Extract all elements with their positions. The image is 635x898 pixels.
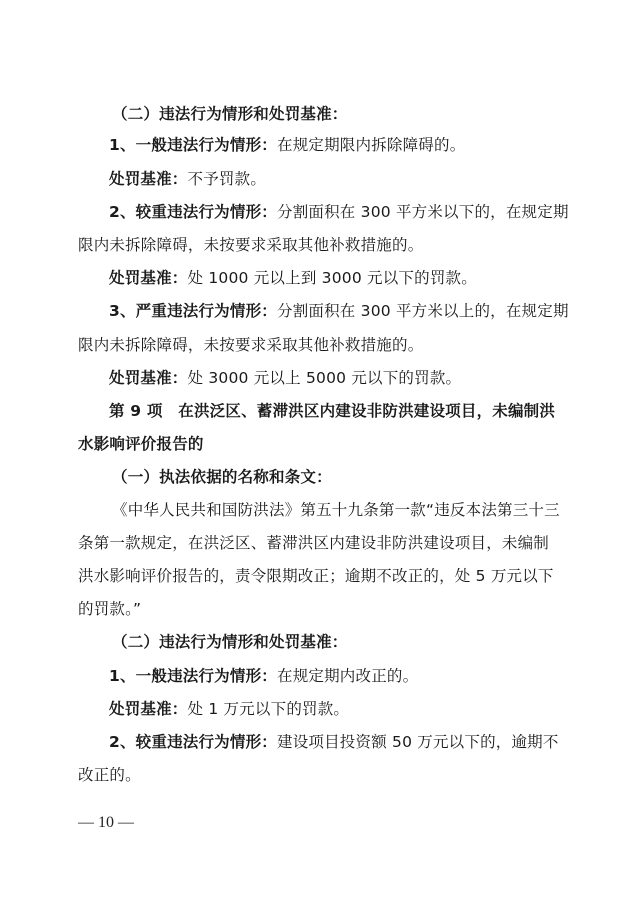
body-text: 不予罚款。 — [188, 170, 267, 188]
text-line: （一）执法依据的名称和条文： — [112, 467, 635, 487]
bold-label: 处罚基准： — [109, 369, 188, 387]
text-line: 改正的。 — [78, 765, 635, 785]
body-text: 限内未拆除障碍，未按要求采取其他补救措施的。 — [78, 236, 423, 254]
bold-label: 水影响评价报告的 — [78, 435, 204, 453]
bold-label: 处罚基准： — [109, 700, 188, 718]
bold-label: 1、一般违法行为情形： — [109, 667, 277, 685]
text-line: 1、一般违法行为情形：在规定期内改正的。 — [109, 666, 635, 686]
bold-label: 第 9 项 在洪泛区、蓄滞洪区内建设非防洪建设项目，未编制洪 — [109, 402, 555, 420]
text-line: 处罚基准：不予罚款。 — [109, 169, 635, 189]
body-text: 建设项目投资额 50 万元以下的，逾期不 — [277, 733, 559, 751]
text-line: 2、较重违法行为情形：分割面积在 300 平方米以下的，在规定期 — [109, 202, 635, 222]
bold-label: （二）违法行为情形和处罚基准： — [112, 633, 348, 651]
body-text: 处 1 万元以下的罚款。 — [188, 700, 350, 718]
bold-label: 3、严重违法行为情形： — [109, 302, 277, 320]
bold-label: 处罚基准： — [109, 269, 188, 287]
bold-label: 1、一般违法行为情形： — [109, 136, 277, 154]
text-line: 条第一款规定，在洪泛区、蓄滞洪区内建设非防洪建设项目，未编制 — [78, 533, 635, 553]
text-line: 处罚基准：处 3000 元以上 5000 元以下的罚款。 — [109, 368, 635, 388]
text-line: 2、较重违法行为情形：建设项目投资额 50 万元以下的，逾期不 — [109, 732, 635, 752]
bold-label: （二）违法行为情形和处罚基准： — [112, 105, 348, 123]
body-text: 分割面积在 300 平方米以上的，在规定期 — [277, 302, 569, 320]
body-text: 改正的。 — [78, 766, 141, 784]
text-line: 的罚款。” — [78, 599, 635, 619]
body-text: 限内未拆除障碍，未按要求采取其他补救措施的。 — [78, 336, 423, 354]
body-text: 处 3000 元以上 5000 元以下的罚款。 — [188, 369, 462, 387]
text-line: 《中华人民共和国防洪法》第五十九条第一款“违反本法第三十三 — [112, 500, 635, 520]
text-line: 第 9 项 在洪泛区、蓄滞洪区内建设非防洪建设项目，未编制洪 — [109, 401, 635, 421]
text-line: 1、一般违法行为情形：在规定期限内拆除障碍的。 — [109, 135, 635, 155]
document-page: （二）违法行为情形和处罚基准：1、一般违法行为情形：在规定期限内拆除障碍的。处罚… — [0, 0, 635, 898]
bold-label: 处罚基准： — [109, 170, 188, 188]
body-text: 洪水影响评价报告的，责令限期改正；逾期不改正的，处 5 万元以下 — [78, 567, 554, 585]
body-text: 在规定期限内拆除障碍的。 — [277, 136, 465, 154]
text-line: 限内未拆除障碍，未按要求采取其他补救措施的。 — [78, 235, 635, 255]
body-text: 处 1000 元以上到 3000 元以下的罚款。 — [188, 269, 477, 287]
text-line: （二）违法行为情形和处罚基准： — [112, 632, 635, 652]
body-text: 条第一款规定，在洪泛区、蓄滞洪区内建设非防洪建设项目，未编制 — [78, 534, 549, 552]
body-text: 分割面积在 300 平方米以下的，在规定期 — [277, 203, 569, 221]
text-line: （二）违法行为情形和处罚基准： — [112, 104, 635, 124]
text-line: 洪水影响评价报告的，责令限期改正；逾期不改正的，处 5 万元以下 — [78, 566, 635, 586]
text-line: 处罚基准：处 1000 元以上到 3000 元以下的罚款。 — [109, 268, 635, 288]
page-number: — 10 — — [78, 814, 134, 832]
bold-label: 2、较重违法行为情形： — [109, 733, 277, 751]
body-text: 《中华人民共和国防洪法》第五十九条第一款“违反本法第三十三 — [112, 501, 560, 519]
text-line: 水影响评价报告的 — [78, 434, 635, 454]
text-line: 限内未拆除障碍，未按要求采取其他补救措施的。 — [78, 335, 635, 355]
text-line: 处罚基准：处 1 万元以下的罚款。 — [109, 699, 635, 719]
body-text: 在规定期内改正的。 — [277, 667, 418, 685]
bold-label: 2、较重违法行为情形： — [109, 203, 277, 221]
body-text: 的罚款。” — [78, 600, 141, 618]
bold-label: （一）执法依据的名称和条文： — [112, 468, 332, 486]
text-line: 3、严重违法行为情形：分割面积在 300 平方米以上的，在规定期 — [109, 301, 635, 321]
